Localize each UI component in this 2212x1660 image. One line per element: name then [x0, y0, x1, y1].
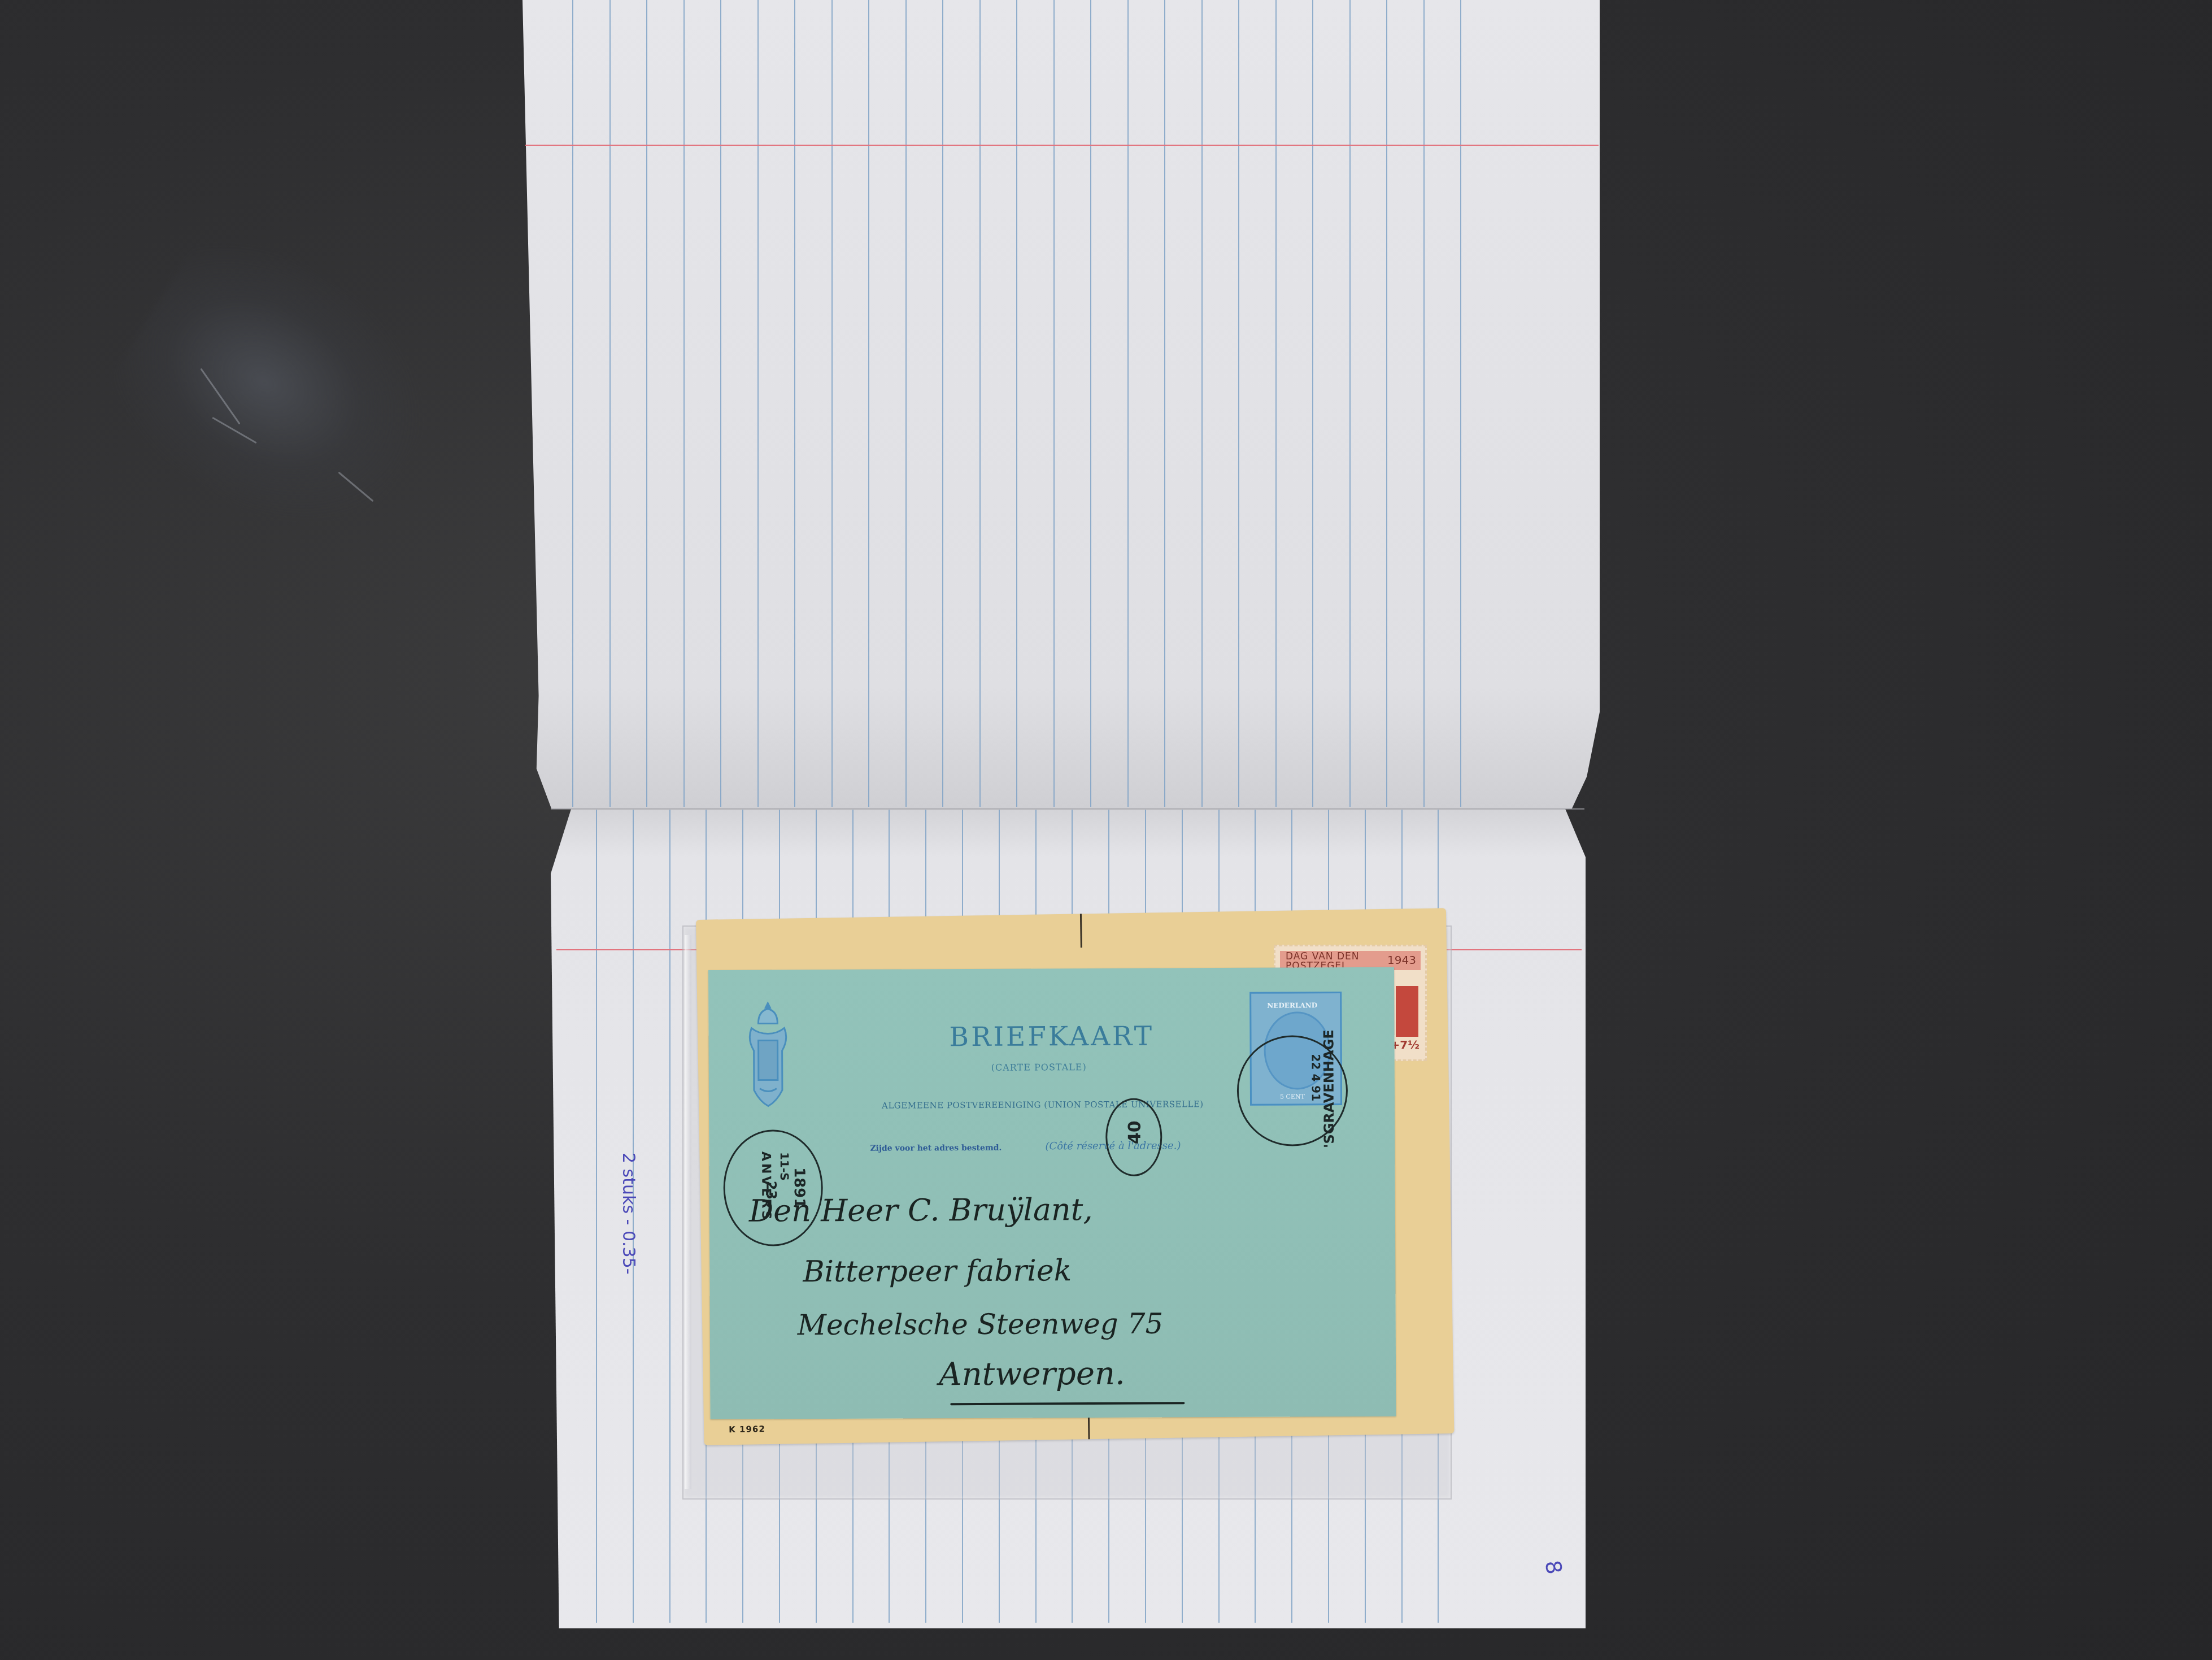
- page-rule-vertical: [979, 0, 981, 807]
- margin-note: 2 stuks - 0.35-: [619, 1153, 638, 1275]
- transit-mark: 40: [1105, 1098, 1162, 1176]
- address-line-3: Mechelsche Steenweg 75: [798, 1307, 1164, 1341]
- page-rule-vertical: [1016, 0, 1017, 807]
- page-rule-vertical: [1127, 0, 1129, 807]
- page-rule-vertical: [1312, 0, 1313, 807]
- stamp-value: +7½: [1391, 1038, 1419, 1051]
- postmark-anvers: ANVERS 23 11-S 1891: [723, 1129, 823, 1246]
- page-rule-vertical: [1349, 0, 1351, 807]
- page-rule-vertical: [1386, 0, 1387, 807]
- address-underline: [950, 1402, 1185, 1405]
- page-rule-vertical: [757, 0, 759, 807]
- stamp-country: NEDERLAND: [1267, 1001, 1317, 1009]
- address-line-4: Antwerpen.: [939, 1355, 1125, 1393]
- page-rule-vertical: [1090, 0, 1091, 807]
- page-rule-vertical: [1164, 0, 1165, 807]
- transit-number: 40: [1125, 1120, 1145, 1144]
- page-rule-vertical: [609, 0, 611, 807]
- card-title: BRIEFKAART: [949, 1021, 1154, 1053]
- page-rule-vertical: [942, 0, 943, 807]
- page-rule-vertical: [868, 0, 869, 807]
- page-rule-vertical: [1275, 0, 1277, 807]
- page-rule-vertical: [1423, 0, 1425, 807]
- surface-smudge: [89, 211, 464, 568]
- address-instruction-nl: Zijde voor het adres bestemd.: [870, 1144, 1002, 1153]
- page-rule-vertical: [596, 810, 597, 1623]
- page-rule-vertical: [720, 0, 721, 807]
- coat-of-arms-icon: [748, 1001, 788, 1108]
- page-rule-vertical: [669, 810, 670, 1623]
- address-line-1: Den Heer C. Bruÿlant,: [749, 1192, 1093, 1229]
- page-rule-vertical: [794, 0, 795, 807]
- postmark-time: 11-S: [778, 1152, 791, 1181]
- postmark-city: 'SGRAVENHAGE: [1321, 1029, 1337, 1148]
- page-rule-vertical: [646, 0, 647, 807]
- card-subtitle: (CARTE POSTALE): [991, 1062, 1087, 1073]
- postcard-briefkaart: BRIEFKAART (CARTE POSTALE) ALGEMEENE POS…: [708, 967, 1396, 1419]
- page-rule-vertical: [831, 0, 833, 807]
- page-rule-vertical: [905, 0, 907, 807]
- page-rule-vertical: [572, 0, 573, 807]
- card-divider: [1080, 914, 1082, 948]
- page-rule-vertical: [1460, 0, 1461, 807]
- sleeve-edge: [685, 935, 691, 1489]
- union-line: ALGEMEENE POSTVEREENIGING (UNION POSTALE…: [882, 1099, 1204, 1110]
- address-line-2: Bitterpeer fabriek: [803, 1254, 1072, 1289]
- postmark-date: 22 4 91: [1309, 1054, 1322, 1101]
- page-rule-vertical: [1053, 0, 1055, 807]
- catalog-label: K 1962: [729, 1424, 765, 1435]
- page-rule-vertical: [683, 0, 685, 807]
- stamp-year: 1943: [1387, 953, 1416, 967]
- page-rule-vertical: [1201, 0, 1203, 807]
- mail-coach-icon: [1396, 986, 1418, 1037]
- postmark-sgravenhage: 'SGRAVENHAGE 22 4 91: [1237, 1035, 1348, 1146]
- page-rule-red: [525, 145, 1599, 146]
- page-rule-vertical: [1238, 0, 1239, 807]
